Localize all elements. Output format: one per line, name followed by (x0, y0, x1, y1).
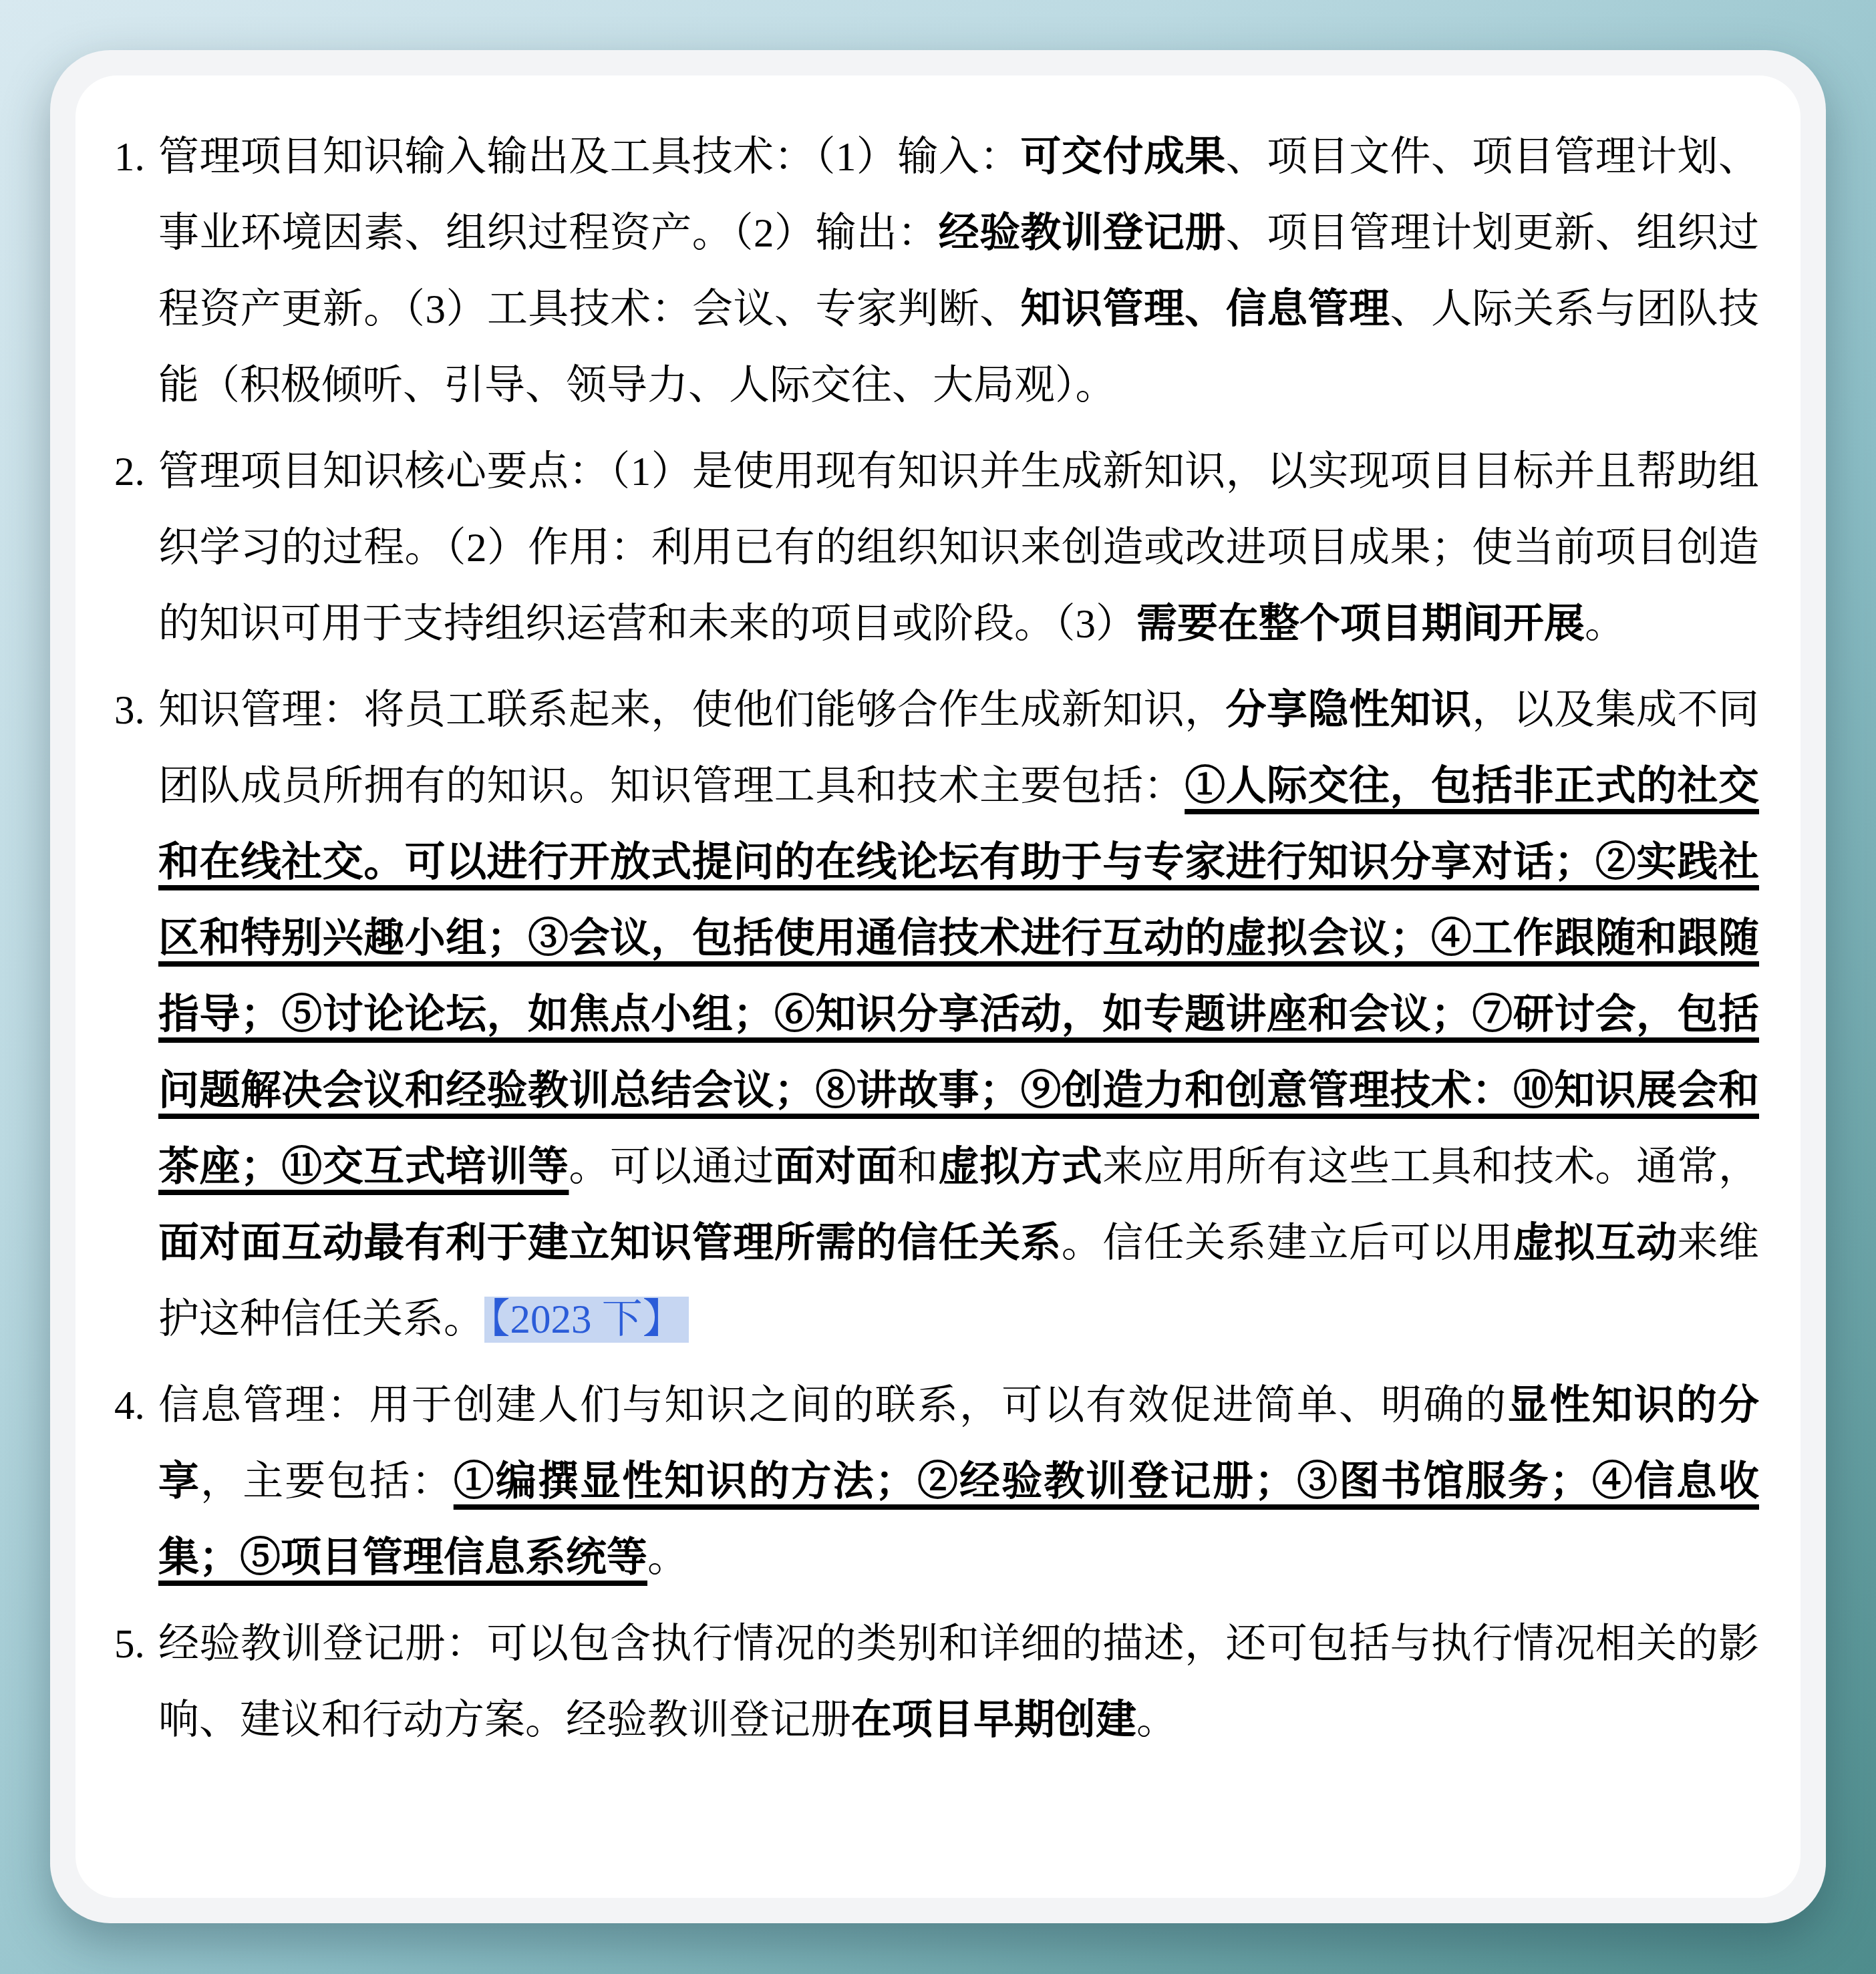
text-run: 经验教训登记册 (939, 211, 1226, 256)
item-text: 经验教训登记册：可以包含执行情况的类别和详细的描述，还可包括与执行情况相关的影响… (158, 1622, 1759, 1743)
item-text: 信息管理：用于创建人们与知识之间的联系，可以有效促进简单、明确的显性知识的分享，… (158, 1383, 1759, 1581)
text-run: 和 (897, 1145, 938, 1190)
text-run: ①人际交往，包括非正式的社交和在线社交。可以进行开放式提问的在线论坛有助于与专家… (158, 764, 1759, 1190)
text-run: 可交付成果 (1021, 135, 1226, 180)
item-text: 管理项目知识核心要点：（1）是使用现有知识并生成新知识，以实现项目目标并且帮助组… (158, 450, 1759, 647)
text-run: 。 (647, 1536, 688, 1581)
text-run: 虚拟方式 (938, 1145, 1102, 1190)
notes-list: 1.管理项目知识输入输出及工具技术：（1）输入：可交付成果、项目文件、项目管理计… (114, 120, 1759, 1769)
text-run: 来应用所有这些工具和技术。通常， (1102, 1145, 1759, 1190)
item-number: 1. (114, 120, 145, 196)
item-number: 3. (114, 673, 145, 749)
text-run: 。可以通过 (569, 1145, 774, 1190)
list-item: 2.管理项目知识核心要点：（1）是使用现有知识并生成新知识，以实现项目目标并且帮… (114, 434, 1759, 663)
item-text: 管理项目知识输入输出及工具技术：（1）输入：可交付成果、项目文件、项目管理计划、… (158, 135, 1759, 408)
item-text: 知识管理：将员工联系起来，使他们能够合作生成新知识，分享隐性知识，以及集成不同团… (158, 688, 1759, 1343)
item-number: 4. (114, 1368, 145, 1444)
list-item: 1.管理项目知识输入输出及工具技术：（1）输入：可交付成果、项目文件、项目管理计… (114, 120, 1759, 424)
text-run: 面对面 (774, 1145, 897, 1190)
text-run: ，主要包括： (200, 1460, 454, 1504)
item-number: 5. (114, 1607, 145, 1683)
text-run: 知识管理：将员工联系起来，使他们能够合作生成新知识， (158, 688, 1226, 733)
item-number: 2. (114, 434, 145, 510)
text-run: 需要在整个项目期间开展 (1136, 602, 1585, 647)
text-run: 信息管理：用于创建人们与知识之间的联系，可以有效促进简单、明确的 (158, 1383, 1507, 1428)
page-background: { "page": { "background_top_left_color":… (0, 0, 1876, 1974)
text-run: 管理项目知识输入输出及工具技术：（1）输入： (158, 135, 1021, 180)
list-item: 4.信息管理：用于创建人们与知识之间的联系，可以有效促进简单、明确的显性知识的分… (114, 1368, 1759, 1597)
text-run: 知识管理、信息管理 (1021, 287, 1390, 332)
text-run: 。 (1585, 602, 1625, 647)
list-item: 3.知识管理：将员工联系起来，使他们能够合作生成新知识，分享隐性知识，以及集成不… (114, 673, 1759, 1358)
text-run: 在项目早期创建 (851, 1698, 1136, 1743)
text-run: 。信任关系建立后可以用 (1062, 1221, 1513, 1266)
card-frame: 1.管理项目知识输入输出及工具技术：（1）输入：可交付成果、项目文件、项目管理计… (50, 50, 1826, 1923)
exam-session-tag: 【2023 下】 (484, 1297, 689, 1343)
text-run: 分享隐性知识 (1226, 688, 1472, 733)
notes-card: 1.管理项目知识输入输出及工具技术：（1）输入：可交付成果、项目文件、项目管理计… (75, 75, 1801, 1898)
text-run: 面对面互动最有利于建立知识管理所需的信任关系 (158, 1221, 1062, 1266)
list-item: 5.经验教训登记册：可以包含执行情况的类别和详细的描述，还可包括与执行情况相关的… (114, 1607, 1759, 1759)
text-run: 虚拟互动 (1513, 1221, 1678, 1266)
text-run: 。 (1136, 1698, 1177, 1743)
